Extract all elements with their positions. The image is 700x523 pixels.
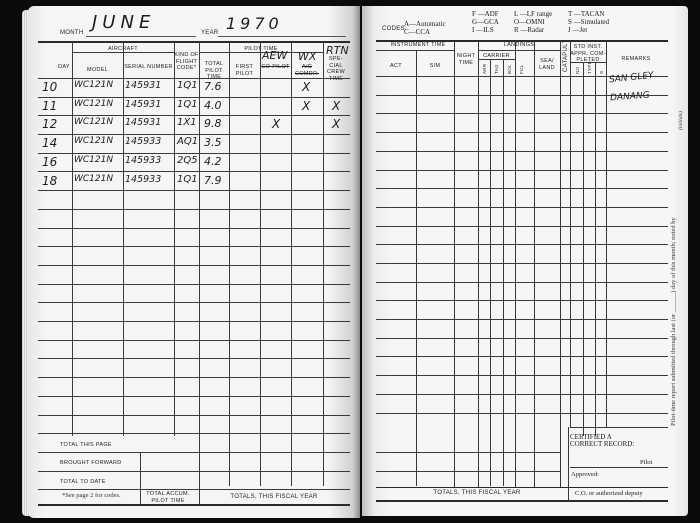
row-total: 3.5 (204, 136, 222, 149)
row-ac-comdr: X (302, 99, 310, 113)
row-code: 1Q1 (177, 174, 198, 185)
header-instrument-time: INSTRUMENT TIME (388, 42, 448, 49)
totals-fiscal-year-label: TOTALS, THIS FISCAL YEAR (199, 494, 349, 501)
total-this-page-label: TOTAL THIS PAGE (60, 442, 112, 449)
row-line (38, 171, 350, 172)
row-total: 7.6 (204, 80, 222, 93)
year-underline (218, 36, 346, 37)
row-model: WC121N (74, 174, 113, 184)
year-value: 1970 (226, 14, 283, 33)
header-kind-of-flight-code: KIND OF FLIGHT CODE* (174, 52, 199, 72)
row-model: WC121N (74, 117, 113, 127)
column-line (503, 59, 504, 486)
total-to-date-label: TOTAL TO DATE (60, 479, 106, 486)
row-ac-comdr: X (302, 80, 310, 94)
row-line (376, 413, 668, 414)
header-night-time: NIGHT TIME (454, 53, 478, 66)
row-line (38, 415, 350, 416)
brought-forward-label: BROUGHT FORWARD (60, 460, 122, 467)
header-bol: BOL (507, 64, 514, 74)
header-co-pilot: CO-PILOT (260, 64, 291, 71)
code-entry: A—Automatic (404, 20, 446, 28)
column-line (199, 42, 200, 436)
pilot-time-report-note: Pilot-time report submitted through last… (670, 217, 677, 426)
header-total-pilot-time: TOTAL PILOT TIME (199, 61, 229, 81)
column-line (534, 41, 535, 487)
code-entry: J —Jet (568, 26, 587, 34)
row-line (38, 190, 350, 191)
row-model: WC121N (74, 80, 113, 90)
column-line (416, 50, 417, 486)
header-landings: LANDINGS (478, 42, 560, 49)
row-co-pilot: X (272, 117, 280, 131)
row-line (38, 228, 350, 229)
row-line (376, 207, 668, 208)
row-model: WC121N (74, 99, 113, 109)
initials-label: (initials) (678, 111, 684, 130)
row-code: 2Q5 (177, 155, 198, 166)
header-aircraft: AIRCRAFT (72, 46, 174, 53)
row-line (376, 300, 668, 301)
row-line (376, 244, 668, 245)
row-day: 12 (42, 117, 57, 131)
header-special-crew-handwritten: RTN (326, 44, 349, 57)
row-total: 7.9 (204, 174, 222, 187)
row-model: WC121N (74, 136, 113, 146)
code-entry: I —ILS (472, 26, 494, 34)
row-line (376, 338, 668, 339)
fiscal-top-line (376, 487, 668, 488)
footer-line (376, 471, 560, 472)
header-ac-comdr: A/C COMDR. (291, 64, 323, 77)
row-line (38, 246, 350, 247)
column-line (478, 41, 479, 487)
year-label: YEAR (201, 30, 219, 37)
row-code: AQ1 (177, 136, 198, 147)
column-line (583, 62, 584, 436)
row-line (38, 377, 350, 378)
row-line (376, 375, 668, 376)
row-total: 9.8 (204, 117, 222, 130)
header-sim: SIM (416, 63, 454, 70)
row-line (376, 188, 668, 189)
code-entry: F —ADF (472, 10, 499, 18)
row-line (38, 302, 350, 303)
header-sea-land: SEA/ LAND (534, 58, 560, 71)
row-special: X (332, 99, 340, 113)
row-model: WC121N (74, 155, 113, 165)
code-entry: L —LF range (514, 10, 552, 18)
row-day: 14 (42, 136, 57, 150)
row-line (376, 113, 668, 114)
co-deputy-label: C.O. or authorized deputy (575, 490, 643, 497)
column-line (291, 42, 292, 486)
column-line (229, 42, 230, 486)
header-arr: ARR (482, 64, 489, 74)
header-s: S (599, 71, 606, 74)
header-catapult: CATAPULT (563, 40, 570, 72)
header-day: DAY (56, 64, 72, 71)
row-serial: 145933 (125, 155, 161, 166)
column-line (490, 59, 491, 486)
row-line (376, 263, 668, 264)
remark-2: DANANG (610, 91, 650, 104)
header-carrier: CARRIER (478, 53, 515, 60)
row-line (38, 321, 350, 322)
pilot-signature-label: Pilot (640, 459, 652, 466)
code-entry: R —Radar (514, 26, 544, 34)
header-fcl: FCL (519, 65, 526, 74)
footer-line (38, 452, 350, 453)
remark-1: SAN GLEY (609, 71, 654, 86)
row-line (38, 115, 350, 116)
row-line (38, 358, 350, 359)
column-line (260, 42, 261, 486)
row-line (38, 433, 350, 434)
codes-note: *See page 2 for codes. (62, 492, 121, 499)
column-line (560, 41, 561, 487)
cert-divider (568, 427, 569, 501)
row-line (376, 226, 668, 227)
table-bottom-rule (38, 504, 350, 506)
row-day: 10 (42, 80, 57, 94)
row-line (376, 282, 668, 283)
logbook-left-page: MONTH JUNE YEAR 1970 DAY AIRCRAFT MODEL … (28, 6, 360, 518)
row-total: 4.0 (204, 99, 222, 112)
row-day: 11 (42, 99, 57, 113)
header-serial-number: SERIAL NUMBER (123, 64, 174, 71)
total-accum-pilot-time-label: TOTAL ACCUM. PILOT TIME (140, 491, 196, 504)
row-serial: 145931 (125, 99, 161, 110)
row-line (376, 394, 668, 395)
instrument-subheader-line (376, 50, 454, 51)
row-code: 1Q1 (177, 99, 198, 110)
pilot-signature-line (570, 467, 668, 468)
code-entry: C—CCA (404, 28, 430, 36)
row-line (376, 132, 668, 133)
header-model: MODEL (72, 67, 123, 74)
row-line (38, 284, 350, 285)
row-line (376, 151, 668, 152)
row-serial: 145931 (125, 117, 161, 128)
column-line (72, 42, 73, 436)
row-line (38, 209, 350, 210)
column-line (606, 41, 607, 427)
row-line (38, 265, 350, 266)
header-std-inst-appr: STD INST. APPR. COM- PLETED (570, 44, 606, 64)
header-co-pilot-handwritten: AEW (262, 49, 287, 62)
row-serial: 145933 (125, 136, 161, 147)
header-act: ACT (376, 63, 416, 70)
landings-subheader-line (478, 50, 560, 51)
month-value: JUNE (92, 12, 155, 33)
code-entry: G—GCA (472, 18, 499, 26)
row-line (376, 170, 668, 171)
row-line (376, 319, 668, 320)
column-line (454, 41, 455, 487)
footer-line (38, 489, 350, 490)
code-entry: S —Simulated (568, 18, 609, 26)
row-line (38, 78, 350, 79)
column-line (323, 42, 324, 486)
row-special: X (332, 117, 340, 131)
cert-top-line (570, 427, 668, 428)
right-totals-fiscal-year-label: TOTALS, THIS FISCAL YEAR (392, 490, 562, 497)
code-entry: T —TACAN (568, 10, 604, 18)
row-line (376, 356, 668, 357)
header-no: NO (575, 67, 582, 74)
row-code: 1X1 (177, 117, 197, 128)
certified-label: CERTIFIED A CORRECT RECORD: (570, 434, 640, 448)
header-special-crew-time: SPE- CIAL CREW TIME (323, 56, 349, 82)
month-underline (86, 36, 196, 37)
column-line (174, 42, 175, 436)
column-line (595, 62, 596, 436)
row-day: 18 (42, 174, 57, 188)
row-line (38, 340, 350, 341)
row-total: 4.2 (204, 155, 222, 168)
row-line (38, 134, 350, 135)
row-serial: 145931 (125, 80, 161, 91)
row-line (38, 396, 350, 397)
row-day: 16 (42, 155, 57, 169)
column-line (515, 41, 516, 487)
table-top-rule (38, 41, 350, 43)
header-ac-comdr-handwritten: WX (298, 50, 316, 63)
header-first-pilot: FIRST PILOT (229, 64, 260, 77)
column-line (123, 42, 124, 436)
header-remarks: REMARKS (606, 56, 666, 63)
row-serial: 145933 (125, 174, 161, 185)
code-entry: O—OMNI (514, 18, 545, 26)
row-code: 1Q1 (177, 80, 198, 91)
table-bottom-rule (376, 500, 668, 502)
footer-line (38, 471, 350, 472)
approved-label: Approved: (571, 471, 599, 478)
month-label: MONTH (60, 30, 84, 37)
footer-line (376, 452, 560, 453)
header-tag: TAG (494, 64, 501, 74)
column-line (570, 41, 571, 427)
logbook-right-page: CODES: A—AutomaticC—CCAF —ADFG—GCAI —ILS… (362, 6, 688, 516)
